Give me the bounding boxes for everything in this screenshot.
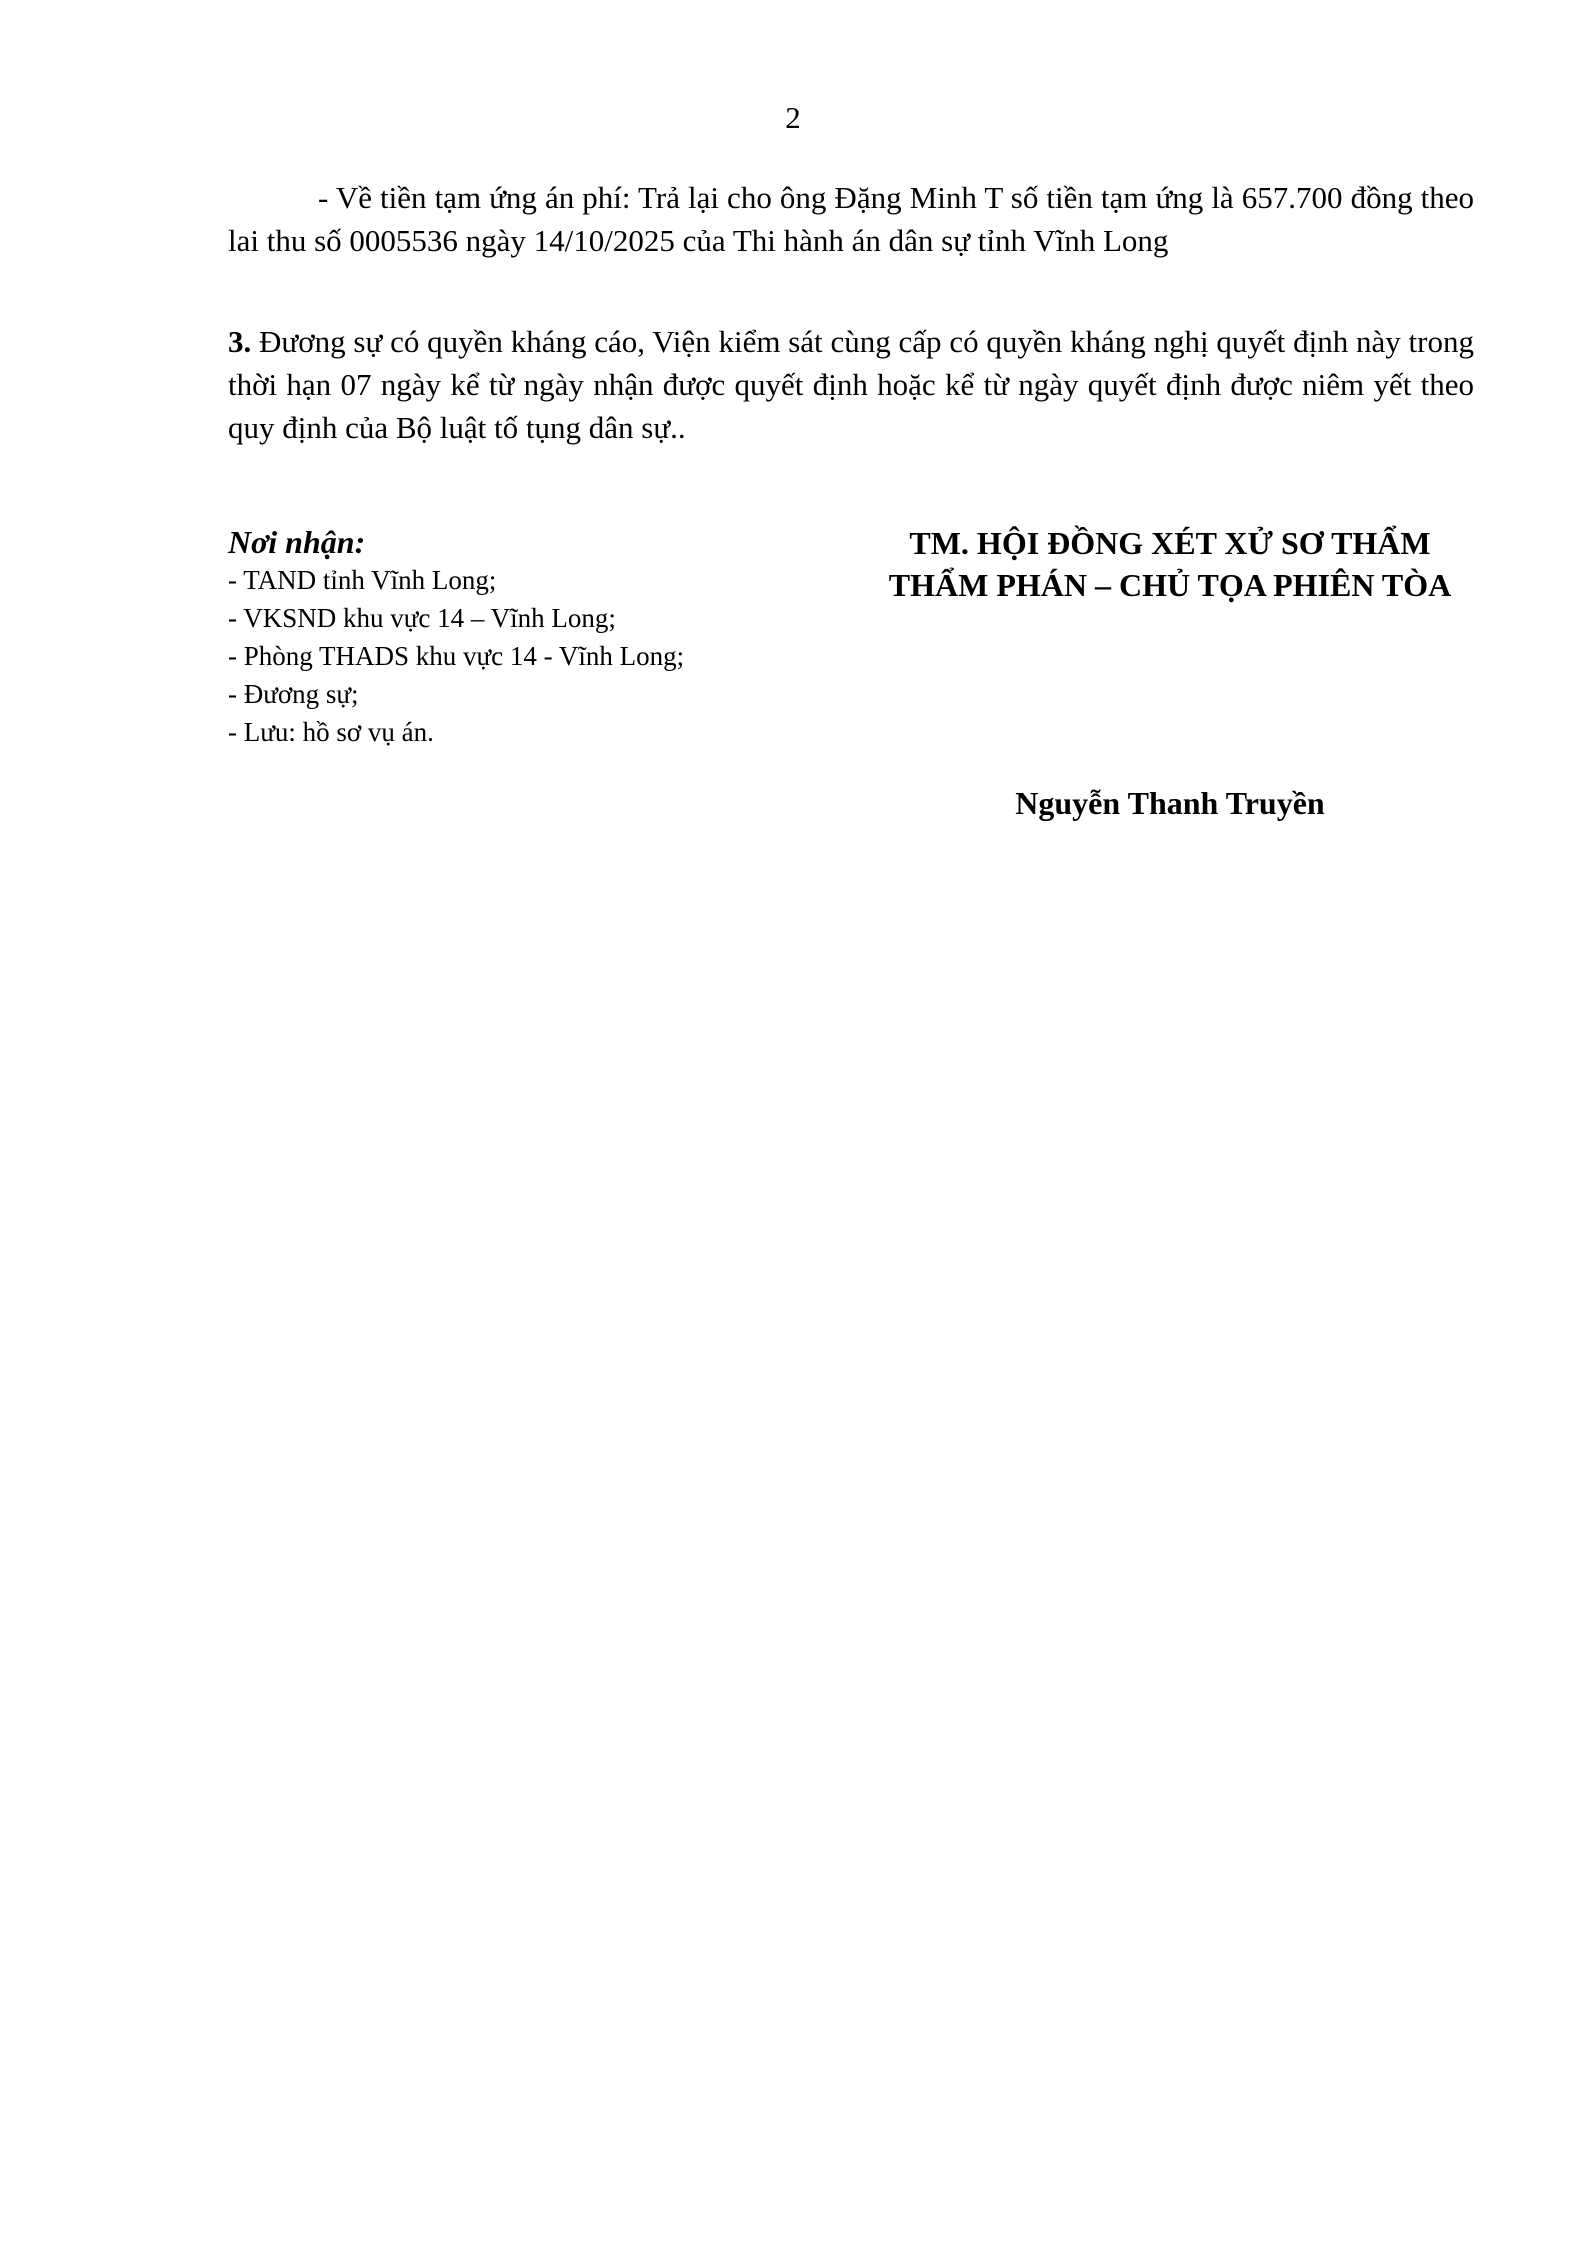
signature-title-line1: TM. HỘI ĐỒNG XÉT XỬ SƠ THẨM	[820, 522, 1520, 564]
recipient-item: - VKSND khu vực 14 – Vĩnh Long;	[228, 600, 698, 636]
appeal-rights-paragraph: 3. Đương sự có quyền kháng cáo, Viện kiể…	[228, 320, 1474, 449]
signer-name: Nguyễn Thanh Truyền	[820, 782, 1520, 824]
recipient-item: - Đương sự;	[228, 676, 698, 712]
signature-block: TM. HỘI ĐỒNG XÉT XỬ SƠ THẨM THẨM PHÁN – …	[820, 522, 1520, 606]
recipient-item: - Phòng THADS khu vực 14 - Vĩnh Long;	[228, 638, 698, 674]
signature-title-line2: THẨM PHÁN – CHỦ TỌA PHIÊN TÒA	[820, 564, 1520, 606]
section-number: 3.	[228, 324, 251, 359]
appeal-rights-text: Đương sự có quyền kháng cáo, Viện kiểm s…	[228, 324, 1474, 445]
page-number: 2	[0, 98, 1586, 138]
fee-refund-paragraph: - Về tiền tạm ứng án phí: Trả lại cho ôn…	[228, 176, 1474, 262]
recipients-list: - TAND tỉnh Vĩnh Long; - VKSND khu vực 1…	[228, 562, 698, 750]
recipients-block: Nơi nhận: - TAND tỉnh Vĩnh Long; - VKSND…	[228, 522, 698, 752]
recipient-item: - TAND tỉnh Vĩnh Long;	[228, 562, 698, 598]
recipient-item: - Lưu: hồ sơ vụ án.	[228, 714, 698, 750]
recipients-title: Nơi nhận:	[228, 522, 698, 562]
